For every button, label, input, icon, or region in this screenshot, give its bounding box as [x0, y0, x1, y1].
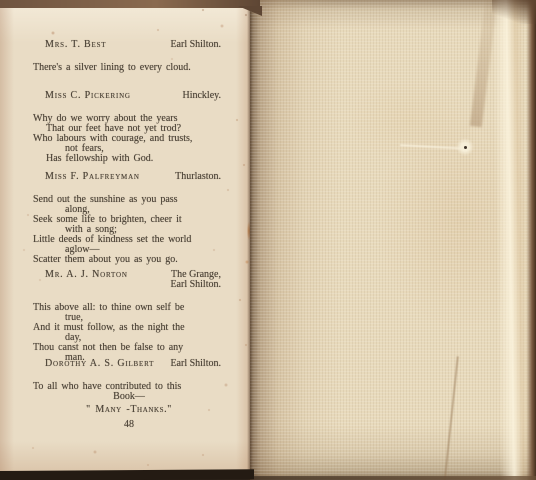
contributor-name: Mr. A. J. Norton	[45, 270, 128, 280]
contributor-place: Thurlaston.	[175, 172, 221, 182]
verse-line: And it must follow, as the night the	[33, 323, 225, 333]
verse-text: To all who have contributed to thisBook—…	[33, 382, 225, 415]
entries-layer: Mrs. T. BestEarl Shilton.There's a silve…	[33, 0, 225, 480]
place-line: Thurlaston.	[175, 172, 221, 182]
contributor-place: Earl Shilton.	[170, 40, 221, 50]
place-line: Earl Shilton.	[170, 280, 221, 290]
bottom-edge-line	[250, 476, 536, 480]
contributor-name: Dorothy A. S. Gilbert	[45, 359, 154, 369]
verse-line: Seek some life to brighten, cheer it	[33, 215, 225, 225]
verse-line: Who labours with courage, and trusts,	[33, 134, 225, 144]
entry-header: Mrs. T. BestEarl Shilton.	[33, 40, 225, 50]
verse-line: Send out the sunshine as you pass	[33, 195, 225, 205]
right-page-endpaper	[250, 0, 536, 480]
verse-text: This above all: to thine own self betrue…	[33, 303, 225, 363]
verse-line: Scatter them about you as you go.	[33, 255, 225, 265]
verse-text: Send out the sunshine as you passalong,S…	[33, 195, 225, 265]
poem-entry: Mr. A. J. NortonThe Grange,Earl Shilton.…	[33, 270, 225, 363]
contributor-place: Hinckley.	[182, 91, 221, 101]
contributor-name: Miss C. Pickering	[45, 91, 131, 101]
entry-header: Dorothy A. S. GilbertEarl Shilton.	[33, 359, 225, 369]
paper-tear	[456, 138, 474, 156]
verse-line: There's a silver lining to every cloud.	[33, 63, 225, 73]
contributor-name: Mrs. T. Best	[45, 40, 106, 50]
verse-line: Thou canst not then be false to any	[33, 343, 225, 353]
open-book-photo: Mrs. T. BestEarl Shilton.There's a silve…	[0, 0, 536, 480]
page-number: 48	[33, 419, 225, 430]
top-right-corner-shadow	[492, 0, 536, 24]
book-cover-edge	[527, 0, 536, 480]
place-line: Earl Shilton.	[170, 40, 221, 50]
place-line: Earl Shilton.	[170, 359, 221, 369]
verse-text: There's a silver lining to every cloud.	[33, 63, 225, 73]
place-line: Hinckley.	[182, 91, 221, 101]
entry-header: Mr. A. J. NortonThe Grange,Earl Shilton.	[33, 270, 225, 290]
poem-entry: Dorothy A. S. GilbertEarl Shilton.To all…	[33, 359, 225, 415]
contributor-place: Earl Shilton.	[170, 359, 221, 369]
bottom-crease	[443, 356, 459, 480]
contributor-place: The Grange,Earl Shilton.	[170, 270, 221, 290]
entry-header: Miss F. PalfreymanThurlaston.	[33, 172, 225, 182]
poem-entry: Mrs. T. BestEarl Shilton.There's a silve…	[33, 40, 225, 73]
verse-line: This above all: to thine own self be	[33, 303, 225, 313]
verse-text: Why do we worry about the yearsThat our …	[33, 114, 225, 164]
contributor-name: Miss F. Palfreyman	[45, 172, 140, 182]
verse-line: Little deeds of kindness set the world	[33, 235, 225, 245]
poem-entry: Miss F. PalfreymanThurlaston.Send out th…	[33, 172, 225, 265]
poem-entry: Miss C. PickeringHinckley.Why do we worr…	[33, 91, 225, 164]
verse-line: " Many -Thanks."	[33, 405, 225, 415]
gutter-shadow	[247, 0, 253, 480]
verse-line: Has fellowship with God.	[33, 154, 225, 164]
entry-header: Miss C. PickeringHinckley.	[33, 91, 225, 101]
verse-line: Book—	[33, 392, 225, 402]
